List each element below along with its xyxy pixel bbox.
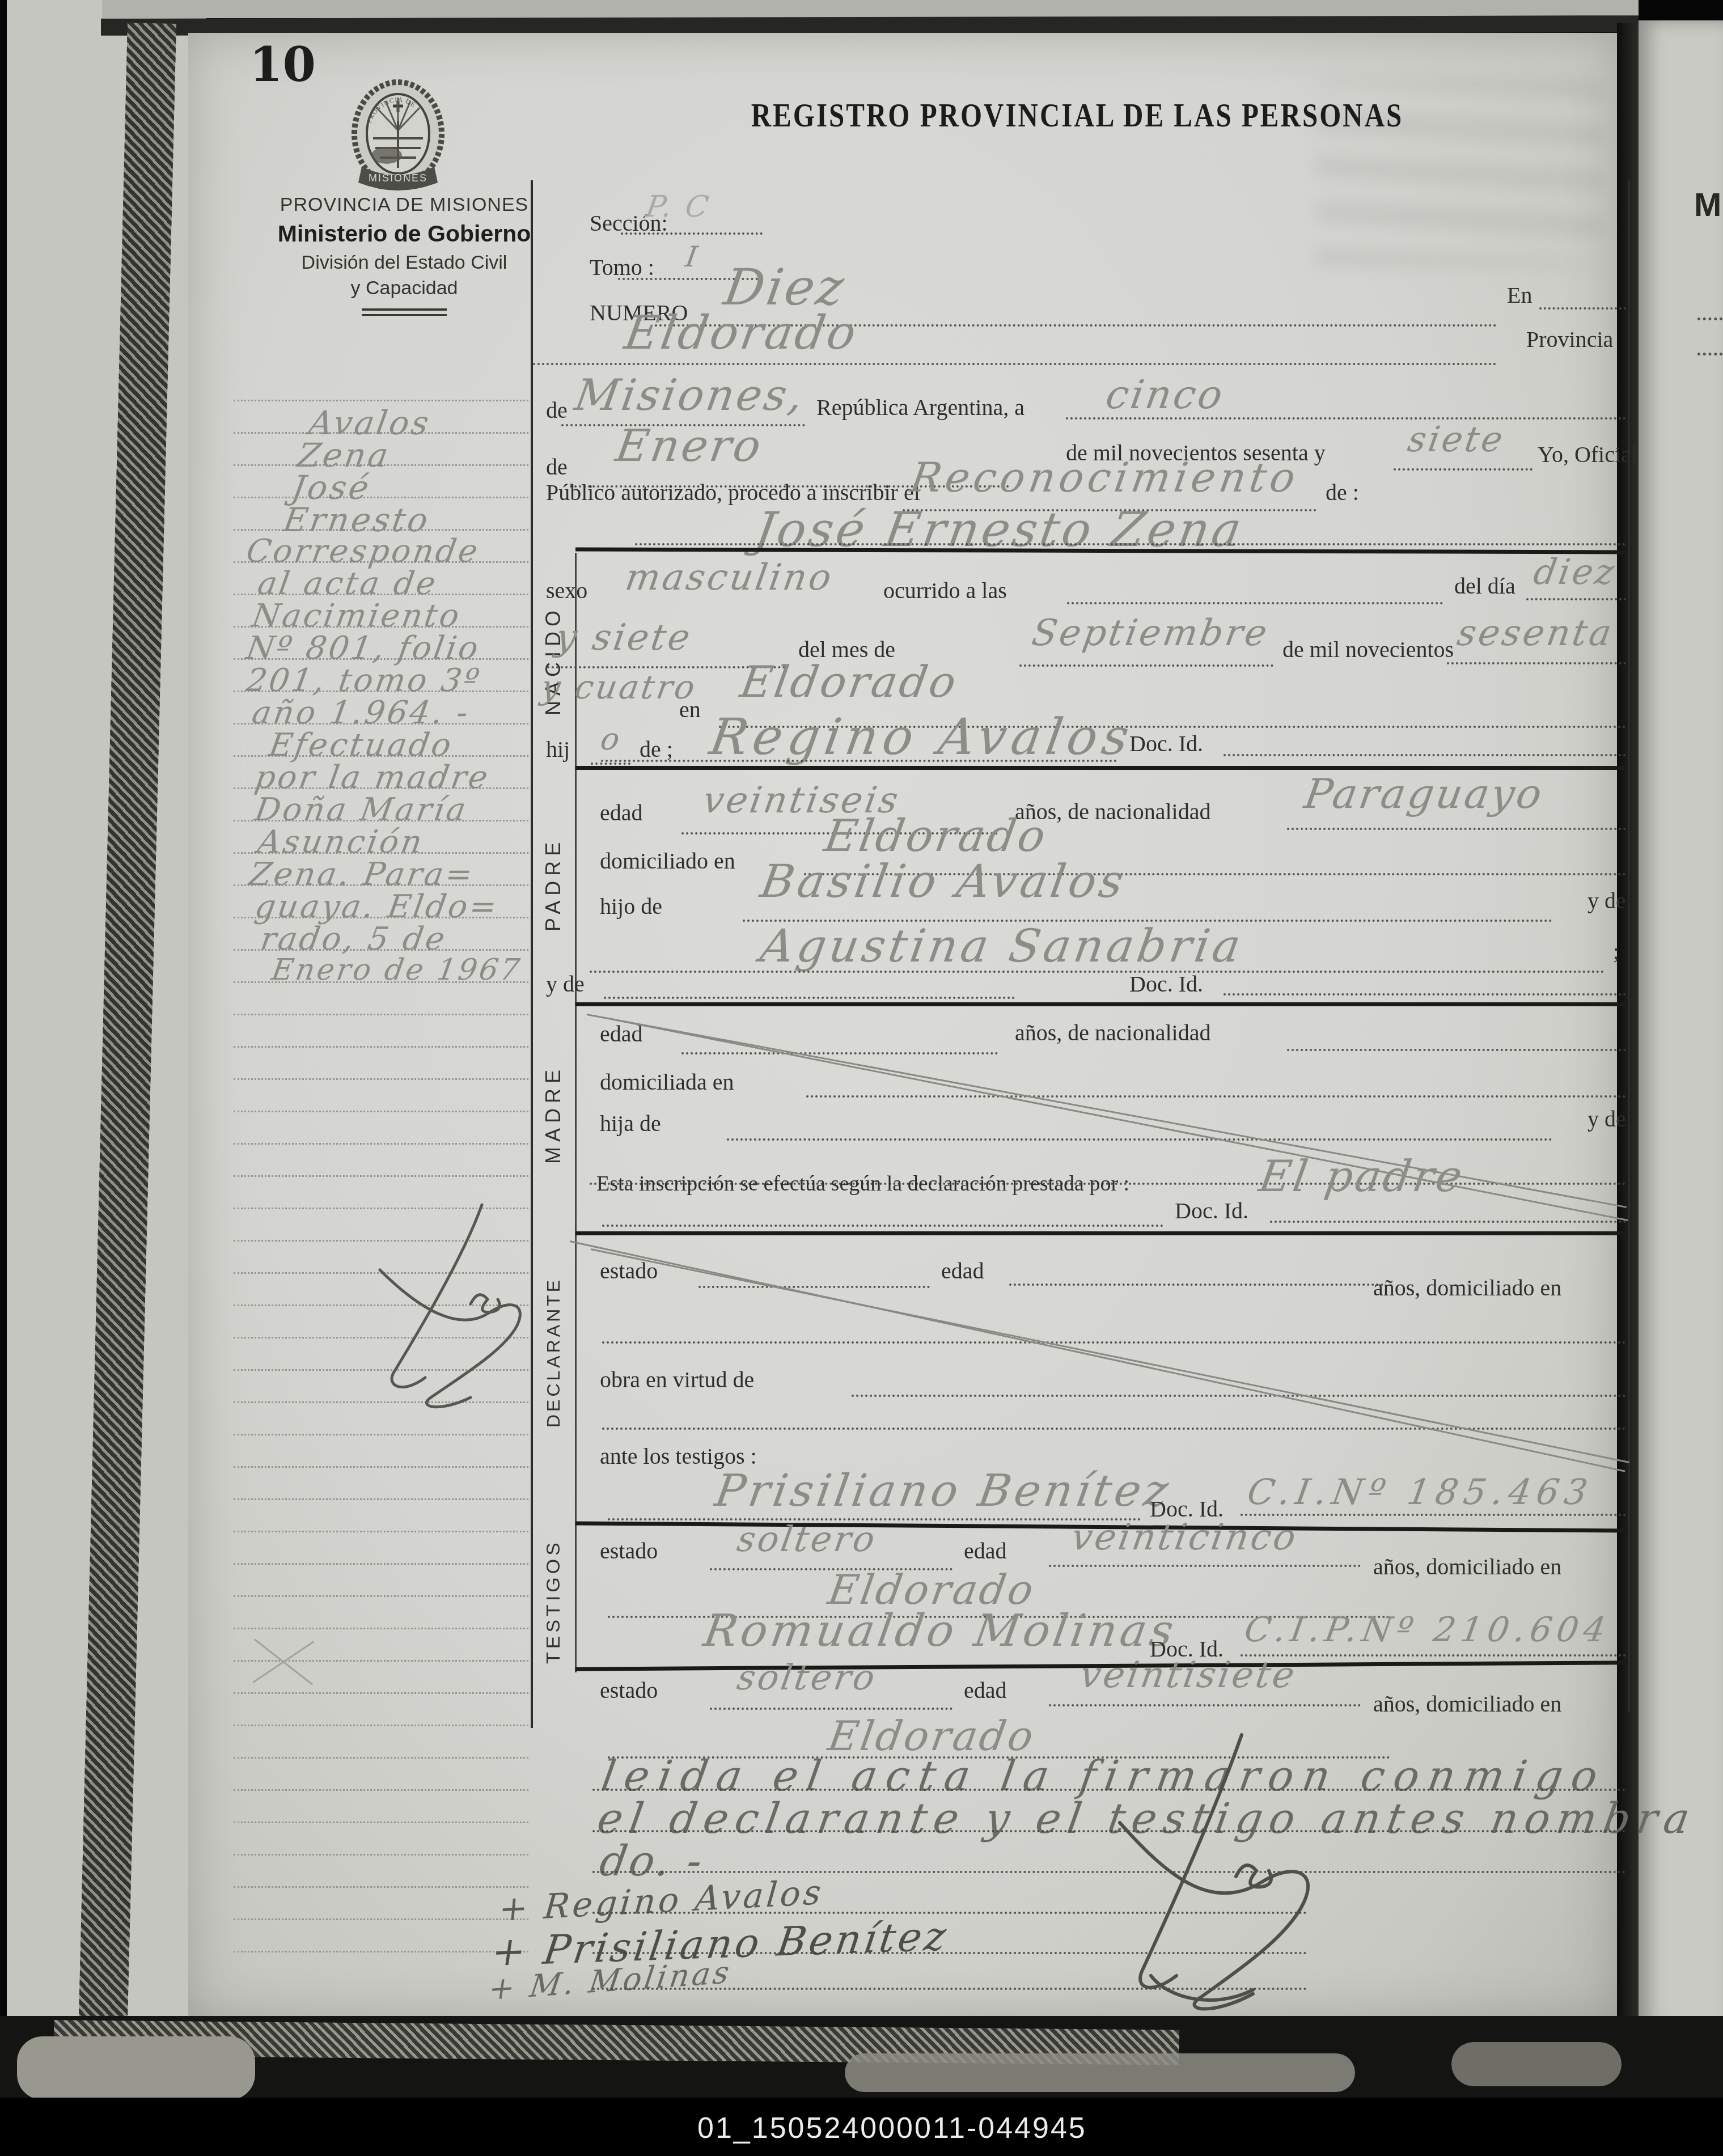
margin-note-line: Zena. Para=	[247, 856, 477, 893]
domicilio-value: Eldorado	[821, 811, 1051, 862]
facing-page-dotted-fragment	[1697, 353, 1722, 355]
anio-value2: y cuatro	[539, 668, 700, 706]
margin-note-line: año 1.964. -	[249, 694, 473, 731]
dotted-field-line	[635, 543, 1626, 545]
domicilio-label: años, domiciliado en	[1373, 1553, 1561, 1580]
republica-label: República Argentina, a	[816, 394, 1025, 421]
dotted-field-line	[1447, 662, 1626, 664]
office-line-ministerio: Ministerio de Gobierno	[265, 221, 543, 247]
facing-page-edge	[1639, 20, 1723, 2032]
anio-label: de mil novecientos	[1282, 636, 1454, 663]
hijo-label2: de ;	[640, 736, 673, 763]
estado-label: estado	[600, 1537, 658, 1564]
estado-label: estado	[600, 1677, 658, 1704]
dotted-field-line	[601, 760, 1117, 762]
hijo-label1: hij	[546, 736, 570, 763]
abuela-value: Agustina Sanabria	[757, 920, 1247, 972]
domicilio-label: años, domiciliado en	[1373, 1274, 1561, 1301]
margin-rule-line	[234, 1789, 528, 1791]
dotted-field-line	[1224, 993, 1626, 996]
witness1-edad-value: veinticinco	[1069, 1517, 1301, 1558]
dotted-field-line	[1287, 828, 1626, 830]
de-label: de	[546, 454, 568, 480]
de-colon-label: de :	[1326, 479, 1359, 506]
mes-value: Septiembre	[1029, 612, 1272, 654]
page-edge-blob	[845, 2053, 1355, 2092]
hijo-de-label: hijo de	[600, 893, 662, 920]
anio-value: sesenta	[1454, 612, 1616, 654]
seccion-value: P. C	[644, 190, 713, 224]
scan-reference-number: 01_150524000011-044945	[697, 2111, 1087, 2145]
office-block: PROVINCIA DE MISIONES Ministerio de Gobi…	[265, 194, 543, 316]
margin-rule-line	[234, 1466, 528, 1468]
margin-note-line: Efectuado	[266, 727, 456, 764]
dotted-field-line	[591, 763, 630, 765]
dotted-field-line	[681, 1052, 998, 1054]
dotted-field-line	[621, 232, 763, 235]
margin-rule-line	[234, 1143, 528, 1145]
margin-rule-line	[234, 1692, 528, 1694]
dotted-field-line	[1049, 1565, 1361, 1567]
domicilio-label: años, domiciliado en	[1373, 1691, 1561, 1717]
margin-rule-line	[234, 1757, 528, 1759]
witness2-edad-value: veintisiete	[1077, 1654, 1299, 1696]
dotted-field-line	[710, 1708, 952, 1710]
margin-rule-line	[234, 1078, 528, 1080]
section-label-padre: PADRE	[532, 794, 575, 975]
section-rule	[575, 1231, 1628, 1235]
section-label-madre: MADRE	[532, 1020, 575, 1208]
margin-rule-line	[234, 1660, 528, 1662]
month-value: Enero	[612, 421, 767, 472]
domicilio-label: domiciliado en	[600, 848, 735, 874]
obra-label: obra en virtud de	[600, 1366, 754, 1393]
lugar-value: Eldorado	[737, 656, 962, 707]
dotted-field-line	[1019, 664, 1273, 667]
dotted-field-line	[533, 363, 1497, 365]
margin-rule-line	[234, 1498, 528, 1500]
domicilio-label: domiciliada en	[600, 1069, 734, 1095]
page-edge-blob	[1451, 2042, 1622, 2086]
dia-value2: y siete	[553, 617, 695, 659]
office-line-provincia: PROVINCIA DE MISIONES	[265, 194, 543, 216]
margin-rule-line	[234, 1854, 528, 1856]
dotted-field-line	[852, 1395, 1626, 1397]
dotted-field-line	[1049, 1704, 1361, 1706]
ocurrido-label: ocurrido a las	[883, 577, 1007, 604]
margin-note-line: 201, tomo 3º	[244, 662, 484, 699]
margin-note-line: Enero de 1967	[269, 953, 524, 987]
dotted-field-line	[727, 1138, 1552, 1141]
dotted-field-line	[1287, 1049, 1626, 1051]
dia-value: diez	[1531, 551, 1619, 592]
witness1-estado-value: soltero	[734, 1518, 880, 1560]
margin-note-line: Nº 801, folio	[244, 630, 483, 667]
dotted-field-line	[1066, 417, 1626, 420]
margin-rule-line	[234, 1595, 528, 1597]
dotted-field-line	[604, 997, 1015, 999]
margin-note-line: Asunción	[255, 824, 427, 861]
margin-official-signature	[340, 1202, 556, 1417]
office-line-division: División del Estado Civil	[265, 252, 543, 274]
dotted-field-line	[698, 1286, 930, 1288]
y-de-label: y de	[1587, 1105, 1626, 1132]
witness1-name: Prisiliano Benítez	[712, 1465, 1175, 1517]
doc-id-label: Doc. Id.	[1175, 1197, 1248, 1224]
declaracion-text: Esta inscripción se efectúa según la dec…	[596, 1171, 1129, 1196]
page-number: 10	[249, 36, 316, 92]
margin-note-line: Nacimiento	[249, 598, 464, 634]
dotted-field-line	[602, 1225, 1163, 1227]
margin-note-line: Doña María	[252, 791, 471, 828]
section-label-declarante: DECLARANTE	[532, 1239, 575, 1465]
de-label: de	[546, 397, 568, 423]
dotted-field-line	[1539, 307, 1626, 310]
dotted-field-line	[1394, 468, 1533, 471]
place-value: Eldorado	[621, 306, 862, 360]
margin-rule-line	[234, 1014, 528, 1015]
section-rule	[575, 766, 1628, 770]
witness1-doc-value: C.I.Nº 185.463	[1244, 1471, 1596, 1513]
abuelo-value: Basilio Avalos	[757, 855, 1131, 908]
witness2-doc-value: C.I.P.Nº 210.604	[1242, 1610, 1614, 1650]
section-label-testigos: TESTIGOS	[532, 1511, 575, 1692]
page-edge-blob	[17, 2036, 255, 2100]
margin-rule-line	[234, 1725, 528, 1726]
day-value: cinco	[1103, 371, 1228, 418]
official-signature-flourish	[1066, 1732, 1372, 2018]
margin-rule-line	[234, 1563, 528, 1565]
margin-note-line: rado, 5 de	[258, 921, 450, 958]
padre-nombre-value: Regino Avalos	[706, 708, 1138, 766]
declaracion-value: El padre	[1256, 1151, 1468, 1201]
form-border-right	[1628, 180, 1630, 1712]
margin-note-line: guaya. Eldo=	[252, 888, 501, 925]
dotted-field-line	[1224, 754, 1626, 756]
margin-rule-line	[234, 1046, 528, 1048]
sexo-label: sexo	[546, 577, 587, 604]
edad-label: edad	[941, 1257, 984, 1284]
y-de2-label: y de	[546, 971, 585, 997]
en-label: En	[1507, 282, 1532, 308]
margin-rule-line	[234, 1886, 528, 1888]
margin-rule-line	[234, 1822, 528, 1823]
registry-title: REGISTRO PROVINCIAL DE LAS PERSONAS	[748, 95, 1406, 135]
oficial-label: Yo, Oficial	[1538, 441, 1637, 468]
margin-note-line: Corresponde	[244, 533, 482, 570]
sexo-value: masculino	[623, 557, 836, 599]
witness2-estado-value: soltero	[734, 1657, 880, 1698]
margin-rule-line	[234, 400, 528, 401]
y-de-label: y de	[1587, 887, 1626, 914]
acto-value: Reconocimiento	[907, 454, 1302, 501]
dotted-field-line	[1526, 598, 1626, 600]
margin-rule-line	[234, 1951, 528, 1952]
closing-line3: do. -	[596, 1837, 708, 1886]
dotted-field-line	[1067, 602, 1443, 604]
doc-id-label: Doc. Id.	[1129, 730, 1203, 757]
margin-rule-line	[234, 1628, 528, 1629]
edad-label: edad	[600, 799, 643, 826]
facing-page-letter: M	[1694, 186, 1721, 224]
province-value: Misiones,	[571, 370, 808, 420]
office-line-capacidad: y Capacidad	[265, 277, 543, 299]
margin-rule-line	[234, 1434, 528, 1435]
margin-rule-line	[234, 1531, 528, 1532]
dotted-field-line	[602, 1341, 1626, 1344]
scanned-registry-page: M 10 REGISTRO PROVINCIAL DE LAS PERSONAS…	[0, 0, 1723, 2156]
office-double-underline	[362, 308, 447, 316]
dotted-field-line	[1241, 1514, 1626, 1516]
dotted-field-line	[1009, 1284, 1383, 1286]
nacionalidad-label: años, de nacionalidad	[1015, 1019, 1210, 1046]
year-value: siete	[1405, 418, 1508, 460]
edad-label: edad	[964, 1537, 1007, 1564]
edad-label: edad	[964, 1677, 1007, 1704]
dotted-field-line	[1270, 1221, 1626, 1223]
section-rule	[575, 1002, 1628, 1006]
semicolon: ;	[1613, 938, 1619, 965]
emblem-banner-text: MISIONES	[369, 172, 427, 184]
margin-rule-line	[234, 1175, 528, 1177]
margin-note-line: por la madre	[252, 759, 493, 796]
witness2-name: Romualdo Molinas	[700, 1606, 1180, 1657]
provincia-label: Provincia	[1526, 326, 1613, 353]
doc-id-label: Doc. Id.	[1129, 971, 1203, 997]
tomo-label: Tomo :	[590, 254, 654, 281]
dotted-field-line	[806, 1095, 1626, 1098]
dia-label: del día	[1454, 573, 1515, 599]
margin-rule-line	[234, 1111, 528, 1112]
nacionalidad-value: Paraguayo	[1301, 770, 1547, 817]
margin-rule-line	[234, 497, 528, 498]
hija-de-label: hija de	[600, 1110, 661, 1137]
dotted-field-line	[590, 971, 1605, 973]
facing-page-dotted-fragment	[1697, 317, 1722, 320]
margin-rule-line	[234, 1918, 528, 1920]
margin-note-line: al acta de	[255, 565, 441, 602]
en-label: en	[679, 696, 701, 723]
provincial-seal-emblem: MISIONES PROVINCIA DE	[350, 78, 447, 192]
form-label-divider	[575, 553, 577, 1672]
